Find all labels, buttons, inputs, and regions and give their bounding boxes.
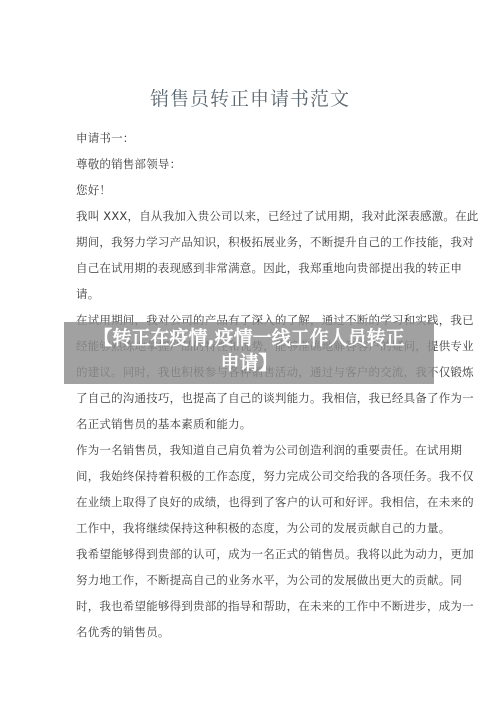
body-line: 名优秀的销售员。 [76,624,170,640]
body-line: 工作中，我将继续保持这种积极的态度，为公司的发展贡献自己的力量。 [76,520,450,536]
body-line: 我希望能够得到贵部的认可，成为一名正式的销售员。我将以此为动力，更加 [76,546,474,562]
body-line: 作为一名销售员，我知道自己肩负着为公司创造利润的重要责任。在试用期 [76,442,462,458]
document-title: 销售员转正申请书范文 [0,84,500,111]
body-line: 间，我始终保持着积极的工作态度，努力完成公司交给我的各项任务。我不仅 [76,468,474,484]
body-line: 我叫 XXX，自从我加入贵公司以来，已经过了试用期，我对此深表感激。在此 [76,208,479,224]
body-line: 时，我也希望能够得到贵部的指导和帮助，在未来的工作中不断进步，成为一 [76,598,474,614]
body-line: 努力地工作，不断提高自己的业务水平，为公司的发展做出更大的贡献。同 [76,572,462,588]
caption-line-1: 【转正在疫情,疫情一线工作人员转正 [64,326,434,351]
caption-overlay-text: 【转正在疫情,疫情一线工作人员转正 申请】 [64,326,434,376]
body-line: 名正式销售员的基本素质和能力。 [76,416,252,432]
body-line: 自己在试用期的表现感到非常满意。因此，我郑重地向贵部提出我的转正申 [76,260,462,276]
body-line: 在业绩上取得了良好的成绩，也得到了客户的认可和好评。我相信，在未来的 [76,494,474,510]
salutation-heading: 申请书一： [76,130,135,146]
caption-line-2: 申请】 [64,351,434,376]
body-line: 请。 [76,286,99,302]
addressee-line: 尊敬的销售部领导： [76,156,181,172]
body-line: 期间，我努力学习产品知识，积极拓展业务，不断提升自己的工作技能，我对 [76,234,474,250]
greeting-line: 您好！ [76,182,111,198]
body-line: 了自己的沟通技巧，也提高了自己的谈判能力。我相信，我已经具备了作为一 [76,390,474,406]
